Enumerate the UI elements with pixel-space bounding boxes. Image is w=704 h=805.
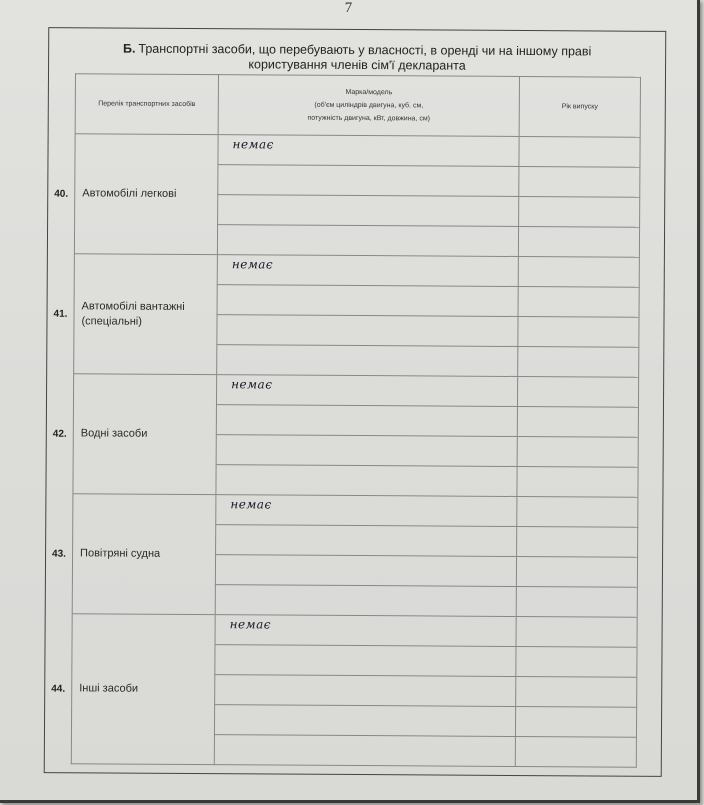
make-model-cell[interactable]: немає [216, 375, 517, 407]
year-cell[interactable] [516, 556, 637, 587]
table-row: 41.Автомобілі вантажні (спеціальні)немає [74, 254, 639, 287]
section-letter: Б. [123, 42, 136, 56]
handwritten-entry: немає [216, 617, 271, 631]
table-row: 44.Інші засобинемає [72, 614, 637, 647]
make-model-cell[interactable]: немає [218, 135, 519, 167]
category-number: 44. [51, 683, 65, 694]
year-cell[interactable] [519, 136, 640, 167]
year-cell[interactable] [517, 376, 638, 407]
handwritten-entry: немає [218, 257, 273, 271]
make-model-cell[interactable] [217, 225, 518, 257]
make-model-cell[interactable] [218, 165, 519, 197]
table-header-row: Перелік транспортних засобів Марка/модел… [75, 74, 640, 137]
year-cell[interactable] [516, 616, 637, 647]
category-label: Інші засоби [72, 681, 214, 697]
handwritten-entry: немає [219, 137, 274, 151]
year-cell[interactable] [519, 196, 640, 227]
category-number: 42. [53, 428, 67, 439]
make-model-cell[interactable] [218, 195, 519, 227]
header-vehicle-list: Перелік транспортних засобів [75, 74, 218, 135]
year-cell[interactable] [517, 496, 638, 527]
make-model-cell[interactable] [217, 315, 518, 347]
year-cell[interactable] [517, 436, 638, 467]
make-model-cell[interactable] [215, 585, 516, 617]
make-model-cell[interactable] [214, 735, 515, 767]
header-make-model: Марка/модель (об'єм циліндрів двигуна, к… [218, 75, 519, 137]
category-label: Автомобілі вантажні (спеціальні) [74, 299, 216, 330]
category-label: Повітряні судна [73, 546, 215, 562]
category-number: 43. [52, 548, 66, 559]
category-number: 41. [54, 308, 68, 319]
year-cell[interactable] [518, 256, 639, 287]
make-model-cell[interactable] [216, 465, 517, 497]
form-frame: Б.Транспортні засоби, що перебувають у в… [44, 27, 667, 777]
make-model-cell[interactable] [214, 705, 515, 737]
year-cell[interactable] [518, 346, 639, 377]
section-title: Б.Транспортні засоби, що перебувають у в… [49, 41, 665, 75]
make-model-cell[interactable]: немає [217, 255, 518, 287]
table-row: 40.Автомобілі легковінемає [75, 134, 640, 167]
make-model-cell[interactable]: немає [215, 615, 516, 647]
handwritten-entry: немає [217, 377, 272, 391]
year-cell[interactable] [517, 526, 638, 557]
make-model-cell[interactable] [216, 405, 517, 437]
table-row: 43.Повітряні суднанемає [73, 494, 638, 527]
page-number: 7 [0, 0, 697, 17]
vehicle-category: 41.Автомобілі вантажні (спеціальні) [74, 254, 218, 375]
category-label: Водні засоби [74, 426, 216, 442]
year-cell[interactable] [516, 586, 637, 617]
header-model-line3: потужність двигуна, кВт, довжина, см) [219, 111, 519, 126]
vehicle-category: 42.Водні засоби [73, 374, 217, 495]
make-model-cell[interactable] [215, 675, 516, 707]
document-page: 7 Б.Транспортні засоби, що перебувають у… [0, 0, 700, 803]
make-model-cell[interactable] [217, 345, 518, 377]
make-model-cell[interactable] [216, 435, 517, 467]
vehicle-category: 44.Інші засоби [71, 614, 215, 765]
vehicles-table: Перелік транспортних засобів Марка/модел… [71, 73, 641, 767]
make-model-cell[interactable] [216, 525, 517, 557]
category-number: 40. [54, 188, 68, 199]
year-cell[interactable] [518, 226, 639, 257]
year-cell[interactable] [517, 466, 638, 497]
make-model-cell[interactable] [215, 645, 516, 677]
vehicle-category: 40.Автомобілі легкові [74, 134, 218, 255]
make-model-cell[interactable]: немає [216, 495, 517, 527]
make-model-cell[interactable] [215, 555, 516, 587]
header-year: Рік випуску [519, 76, 640, 137]
category-label: Автомобілі легкові [75, 186, 217, 202]
year-cell[interactable] [516, 646, 637, 677]
year-cell[interactable] [515, 706, 636, 737]
make-model-cell[interactable] [217, 285, 518, 317]
year-cell[interactable] [517, 406, 638, 437]
year-cell[interactable] [518, 316, 639, 347]
year-cell[interactable] [519, 166, 640, 197]
year-cell[interactable] [516, 676, 637, 707]
vehicle-category: 43.Повітряні судна [72, 494, 216, 615]
year-cell[interactable] [515, 736, 636, 767]
year-cell[interactable] [518, 286, 639, 317]
section-title-line1: Транспортні засоби, що перебувають у вла… [138, 42, 591, 59]
table-row: 42.Водні засобинемає [73, 374, 638, 407]
handwritten-entry: немає [216, 497, 271, 511]
